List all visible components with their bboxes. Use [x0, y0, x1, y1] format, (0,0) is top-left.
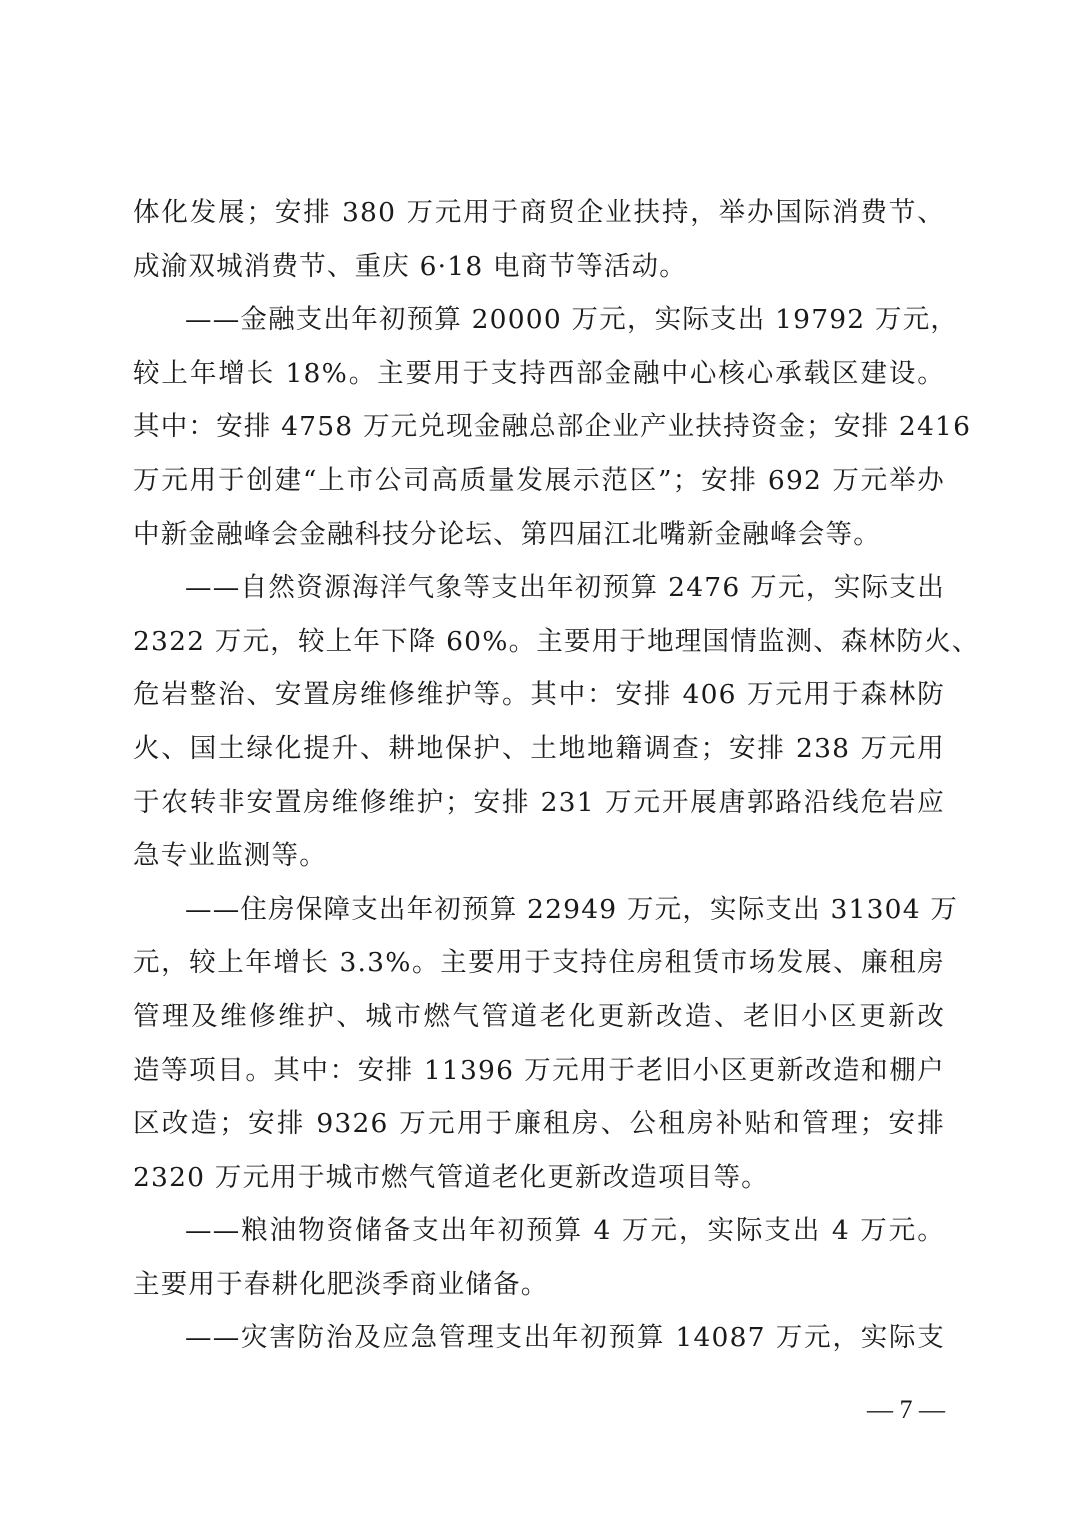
- text-line: 危岩整治、安置房维修维护等。其中：安排 406 万元用于森林防: [133, 668, 945, 722]
- text-line: ——住房保障支出年初预算 22949 万元，实际支出 31304 万: [133, 883, 945, 937]
- text-line: 管理及维修维护、城市燃气管道老化更新改造、老旧小区更新改: [133, 990, 945, 1044]
- text-line: ——金融支出年初预算 20000 万元，实际支出 19792 万元，: [133, 293, 945, 347]
- text-line: 区改造；安排 9326 万元用于廉租房、公租房补贴和管理；安排: [133, 1097, 945, 1151]
- text-line: 元，较上年增长 3.3%。主要用于支持住房租赁市场发展、廉租房: [133, 936, 945, 990]
- text-line: ——灾害防治及应急管理支出年初预算 14087 万元，实际支: [133, 1311, 945, 1365]
- text-line: 较上年增长 18%。主要用于支持西部金融中心核心承载区建设。: [133, 347, 945, 401]
- document-page: 体化发展；安排 380 万元用于商贸企业扶持，举办国际消费节、 成渝双城消费节、…: [0, 0, 1074, 1520]
- text-line: ——粮油物资储备支出年初预算 4 万元，实际支出 4 万元。: [133, 1204, 945, 1258]
- text-line: ——自然资源海洋气象等支出年初预算 2476 万元，实际支出: [133, 561, 945, 615]
- text-line: 2320 万元用于城市燃气管道老化更新改造项目等。: [133, 1151, 945, 1205]
- text-line: 造等项目。其中：安排 11396 万元用于老旧小区更新改造和棚户: [133, 1044, 945, 1098]
- text-line: 急专业监测等。: [133, 829, 945, 883]
- text-line: 成渝双城消费节、重庆 6·18 电商节等活动。: [133, 240, 945, 294]
- text-line: 其中：安排 4758 万元兑现金融总部企业产业扶持资金；安排 2416: [133, 400, 945, 454]
- text-line: 火、国土绿化提升、耕地保护、土地地籍调查；安排 238 万元用: [133, 722, 945, 776]
- text-line: 中新金融峰会金融科技分论坛、第四届江北嘴新金融峰会等。: [133, 508, 945, 562]
- text-line: 主要用于春耕化肥淡季商业储备。: [133, 1258, 945, 1312]
- body-text: 体化发展；安排 380 万元用于商贸企业扶持，举办国际消费节、 成渝双城消费节、…: [133, 186, 945, 1365]
- text-line: 万元用于创建“上市公司高质量发展示范区”；安排 692 万元举办: [133, 454, 945, 508]
- text-line: 体化发展；安排 380 万元用于商贸企业扶持，举办国际消费节、: [133, 186, 945, 240]
- text-line: 2322 万元，较上年下降 60%。主要用于地理国情监测、森林防火、: [133, 615, 945, 669]
- page-number: — 7 —: [850, 1392, 945, 1428]
- text-line: 于农转非安置房维修维护；安排 231 万元开展唐郭路沿线危岩应: [133, 776, 945, 830]
